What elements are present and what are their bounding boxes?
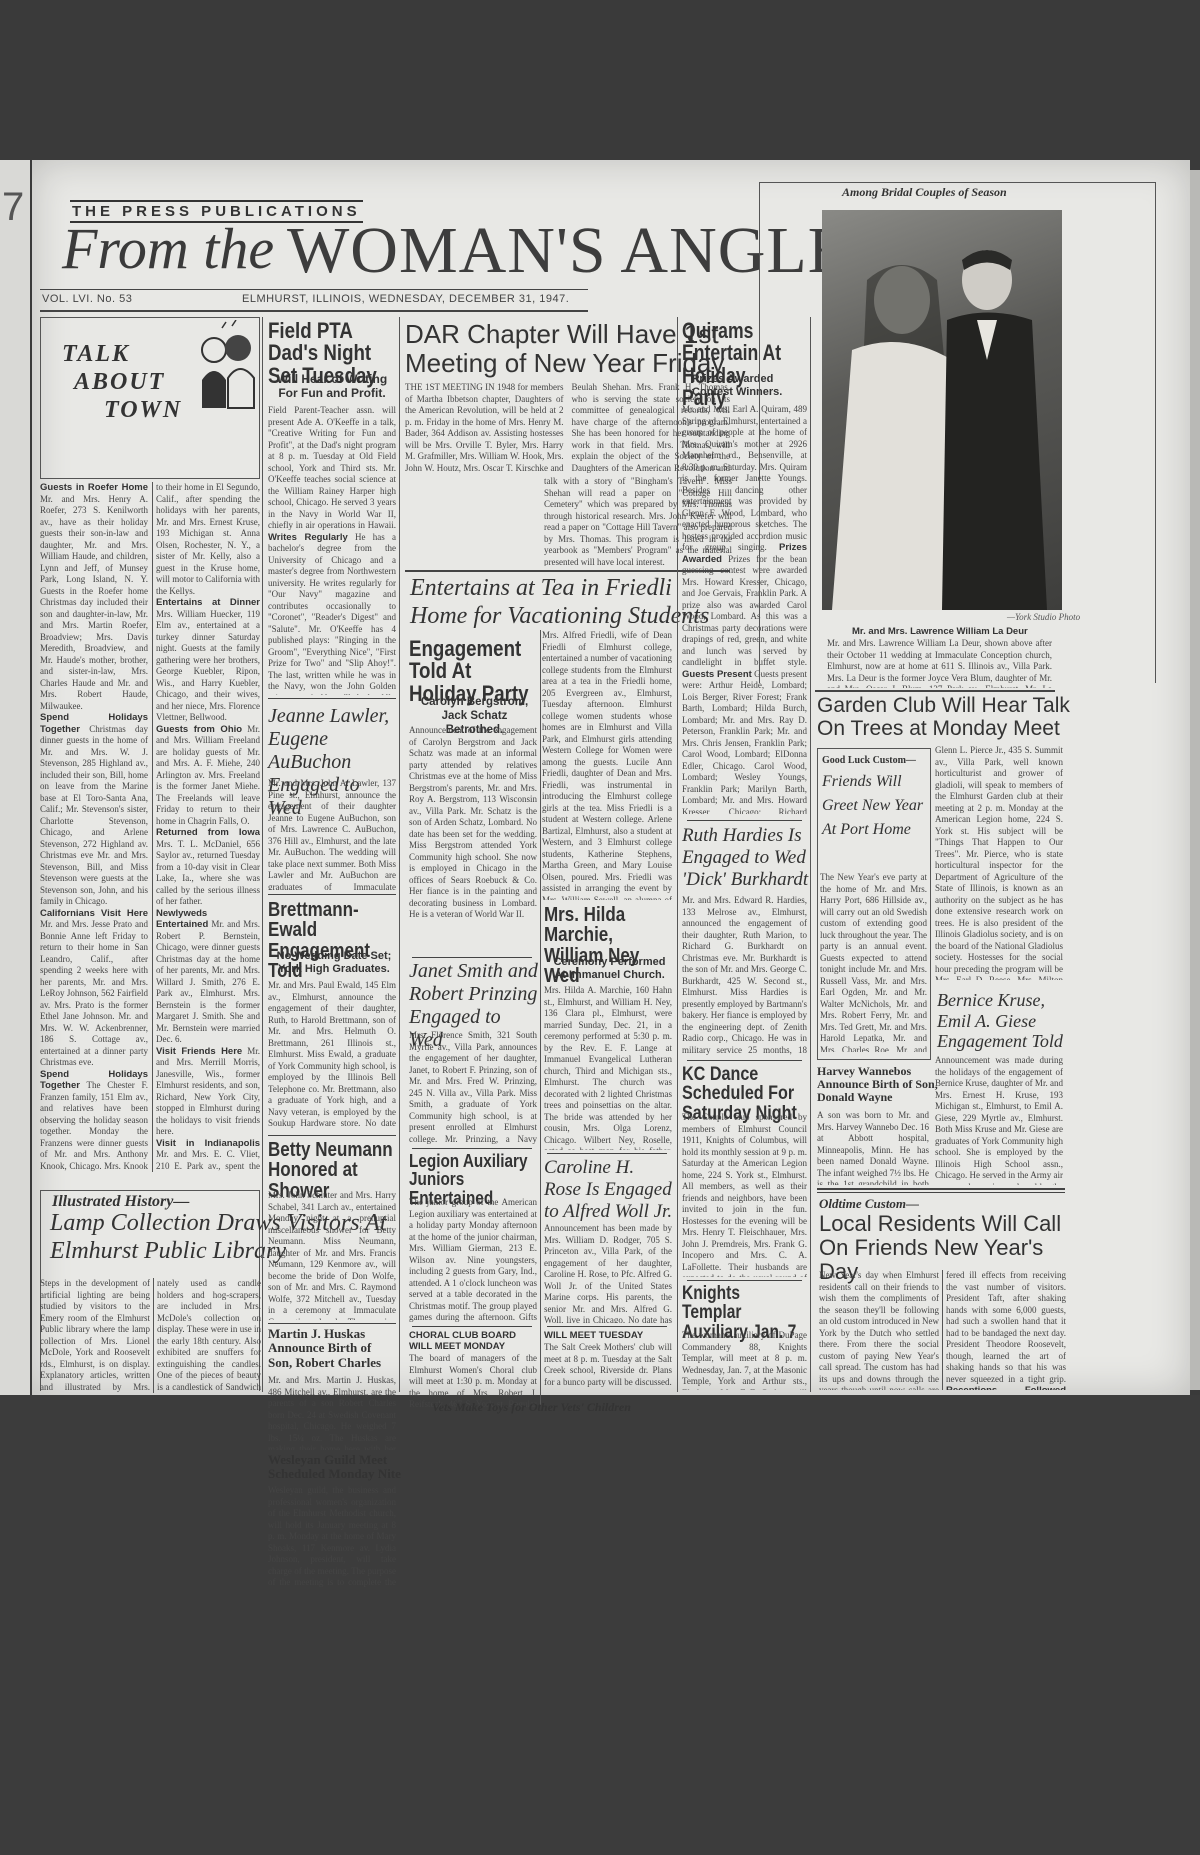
bergstrom-body: Announcement of the engagement of Caroly… bbox=[409, 725, 537, 950]
field-pta-body: Field Parent-Teacher assn. will present … bbox=[268, 405, 396, 695]
huskas-headline: Martin J. Huskas Announce Birth of Son, … bbox=[268, 1327, 398, 1370]
marchie-subhead: Ceremony Performed At Immanuel Church. bbox=[547, 956, 672, 982]
lawler-body: Mr. and Mrs. John A. Lawler, 137 Pine st… bbox=[268, 778, 396, 890]
item-prato: Californians Visit Here Mr. and Mrs. Jes… bbox=[40, 908, 148, 1069]
lamp-col2: nately used as candle holders and hog-sc… bbox=[157, 1278, 261, 1393]
lamp-col1: Steps in the development of artificial l… bbox=[40, 1278, 150, 1393]
volume-number: VOL. LVI. No. 53 bbox=[42, 293, 132, 305]
rose-woll-body: Announcement has been made by Mrs. Willi… bbox=[544, 1223, 672, 1323]
kc-dance-body: The Couple club sponsored by members of … bbox=[682, 1112, 807, 1277]
port-home-kicker: Good Luck Custom— bbox=[822, 755, 916, 767]
choral-headline: CHORAL CLUB BOARD WILL MEET MONDAY bbox=[409, 1330, 537, 1353]
bridal-photo-credit: —York Studio Photo bbox=[1007, 612, 1080, 622]
newspaper-page: THE PRESS PUBLICATIONS From the WOMAN'S … bbox=[32, 160, 1190, 1395]
talk-about-town-col1: Guests in Roefer Home Mr. and Mrs. Henry… bbox=[40, 482, 148, 1172]
masthead: THE PRESS PUBLICATIONS From the WOMAN'S … bbox=[52, 180, 612, 295]
scan-background-bottom bbox=[0, 1395, 1200, 1855]
will-meet-body: The Salt Creek Mothers' club will meet a… bbox=[544, 1342, 672, 1397]
talk-about-town-title: TALK ABOUT TOWN bbox=[62, 340, 182, 424]
garden-body: Glenn L. Pierce Jr., 435 S. Summit av., … bbox=[935, 745, 1063, 980]
hardies-body: Mr. and Mrs. Edward R. Hardies, 133 Melr… bbox=[682, 895, 807, 1055]
gossip-women-cartoon-icon bbox=[192, 320, 260, 410]
lamp-kicker: Illustrated History— bbox=[52, 1193, 189, 1211]
dateline: ELMHURST, ILLINOIS, WEDNESDAY, DECEMBER … bbox=[242, 293, 569, 305]
wannebos-body: A son was born to Mr. and Mrs. Harvey Wa… bbox=[817, 1110, 929, 1185]
friedli-body: Mrs. Alfred Friedli, wife of Dean Friedl… bbox=[542, 630, 672, 900]
will-meet-headline: WILL MEET TUESDAY bbox=[544, 1330, 672, 1341]
field-pta-subhead: Will Hear of Writing For Fun and Profit. bbox=[272, 372, 392, 401]
bridal-caption-head: Mr. and Mrs. Lawrence William La Deur bbox=[852, 626, 1028, 637]
dateline-rule bbox=[40, 310, 588, 312]
new-years-kicker: Oldtime Custom— bbox=[819, 1196, 919, 1212]
kruse-giese-headline: Bernice Kruse, Emil A. Giese Engagement … bbox=[937, 990, 1067, 1052]
item-franzen: Spend Holidays Together The Chester F. F… bbox=[40, 1069, 148, 1173]
bridal-couple-photo bbox=[822, 210, 1062, 610]
brettmann-body: Mr. and Mrs. Paul Ewald, 145 Elm av., El… bbox=[268, 980, 396, 1130]
bridal-title: Among Bridal Couples of Season bbox=[842, 185, 1007, 200]
new-years-col2: fered ill effects from receiving the vas… bbox=[946, 1270, 1066, 1390]
betty-body: Mrs. John Schluter and Mrs. Harry Schabe… bbox=[268, 1190, 396, 1320]
item-stevenson: Spend Holidays Together Christmas day di… bbox=[40, 712, 148, 908]
wesleyan-body: Wesleyan guild, the business and profess… bbox=[268, 1485, 396, 1590]
wannebos-headline: Harvey Wannebos Announce Birth of Son, D… bbox=[817, 1065, 942, 1105]
talk-about-town-col2: to their home in El Segundo, Calif., aft… bbox=[156, 482, 260, 1172]
knights-body: The woman's auxiliary of DuPage Commande… bbox=[682, 1330, 807, 1390]
marchie-body: Mrs. Hilda A. Marchie, 160 Hahn st., Elm… bbox=[544, 985, 672, 1150]
wesleyan-headline: Wesleyan Guild Meet Scheduled Monday Nit… bbox=[268, 1453, 403, 1482]
legion-body: The junior group of the American Legion … bbox=[409, 1197, 537, 1322]
from-the-logo: From the bbox=[62, 215, 274, 282]
bridal-caption: Mr. and Mrs. Lawrence William La Deur, s… bbox=[827, 638, 1052, 688]
vets-photo-title: Vets Make Toys for Other Vets' Children bbox=[432, 1400, 631, 1415]
item-roefer: Guests in Roefer Home Mr. and Mrs. Henry… bbox=[40, 482, 148, 712]
hardies-headline: Ruth Hardies Is Engaged to Wed 'Dick' Bu… bbox=[682, 825, 812, 891]
port-home-body: The New Year's eve party at the home of … bbox=[820, 872, 927, 1052]
garden-headline: Garden Club Will Hear Talk On Trees at M… bbox=[817, 694, 1087, 740]
bride-groom-silhouette-icon bbox=[822, 210, 1062, 610]
brettmann-subhead: No Wedding Date Set; York High Graduates… bbox=[270, 950, 398, 976]
smith-prinzing-body: Mrs. Florence Smith, 321 South Myrtle av… bbox=[409, 1030, 537, 1145]
new-years-col1: New Year's day when Elmhurst residents c… bbox=[819, 1270, 939, 1390]
adjacent-page-edge: 7 bbox=[0, 160, 30, 1395]
rose-woll-headline: Caroline H. Rose Is Engaged to Alfred Wo… bbox=[544, 1157, 674, 1223]
port-home-headline: Friends Will Greet New Year At Port Home bbox=[822, 770, 927, 842]
masthead-rule bbox=[40, 289, 588, 290]
huskas-body: Mr. and Mrs. Martin J. Huskas, 486 Mitch… bbox=[268, 1375, 396, 1450]
kruse-giese-body: Announcement was made during the holiday… bbox=[935, 1055, 1063, 1185]
